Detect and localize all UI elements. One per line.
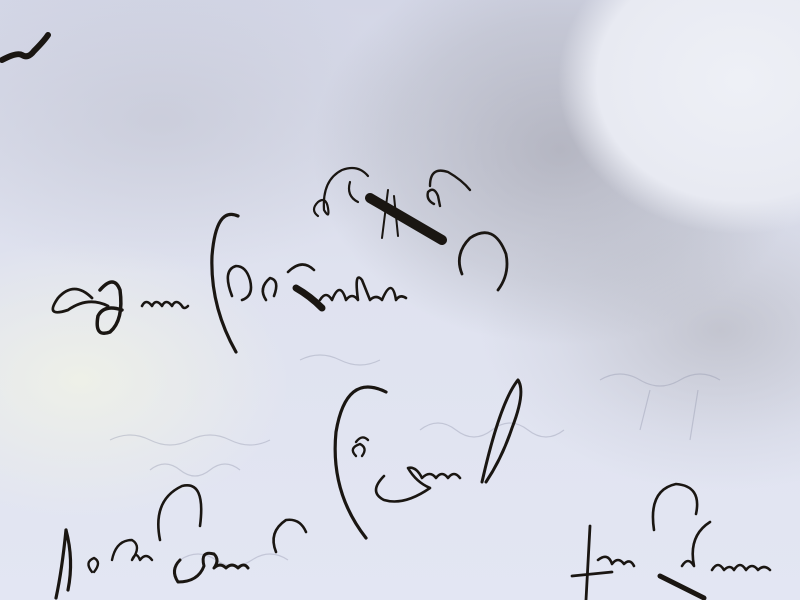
corner-fragment-stroke	[2, 35, 48, 60]
superscript-abbreviation	[314, 168, 470, 240]
line-3-left-strokes	[56, 485, 306, 598]
handwriting	[0, 0, 800, 600]
manuscript-page: ~ N. fa Ljana Cid Dklathu Câ Rank Jo lu …	[0, 0, 800, 600]
line-3-right-strokes	[572, 484, 770, 600]
line-2-strokes	[335, 380, 521, 538]
